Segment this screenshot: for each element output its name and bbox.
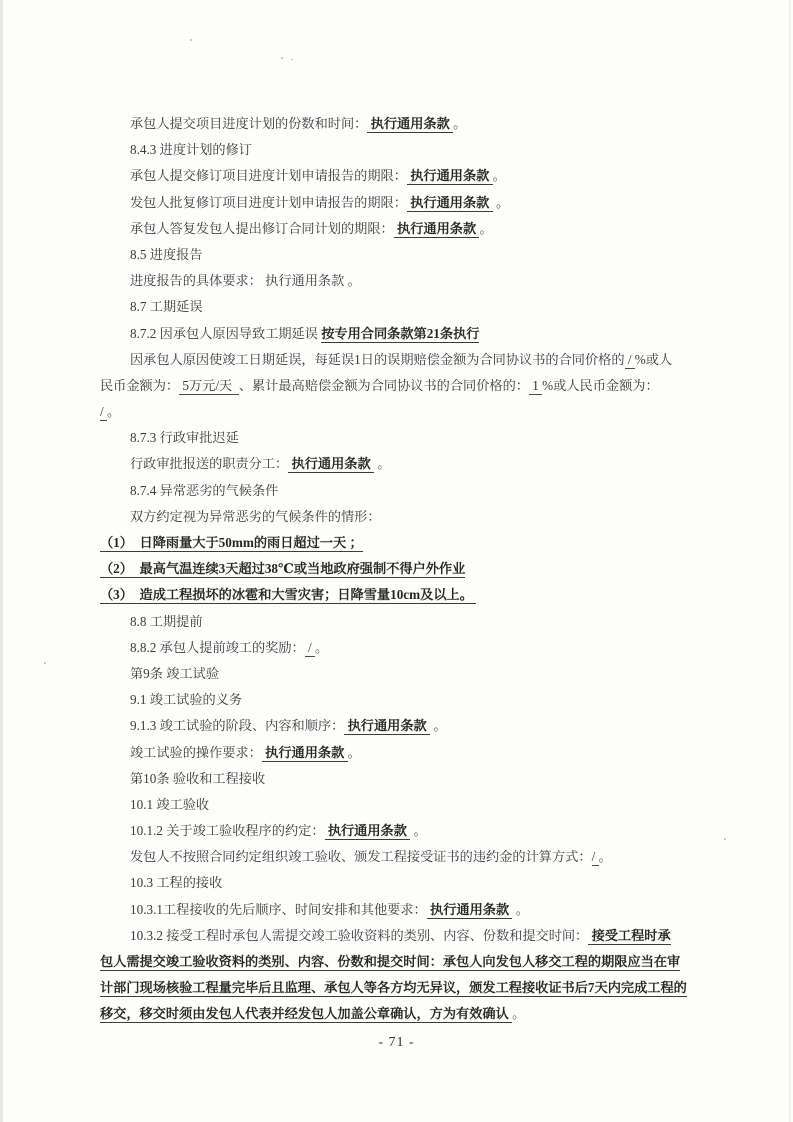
text-segment: 民币金额为：: [100, 378, 179, 393]
contract-line: 包人需提交竣工验收资料的类别、内容、份数和提交时间：承包人向发包人移交工程的期限…: [100, 949, 716, 975]
text-segment: %或人民币金额为：: [542, 378, 659, 393]
contract-line: 8.7.2 因承包人原因导致工期延误 按专用合同条款第21条执行: [100, 321, 716, 347]
text-segment: 。: [374, 456, 390, 471]
text-segment: 9.1.3 竣工试验的阶段、内容和顺序：: [130, 718, 344, 733]
contract-line: 发包人不按照合同约定组织竣工验收、颁发工程接受证书的违约金的计算方式：/ 。: [100, 844, 716, 870]
contract-line: 10.1 竣工验收: [100, 792, 716, 818]
text-segment: 10.1 竣工验收: [130, 797, 209, 812]
fill-in-value: （2） 最高气温连续3天超过38℃或当地政府强制不得户外作业: [100, 561, 465, 578]
text-segment: 8.4.3 进度计划的修订: [130, 142, 252, 157]
text-segment: 10.3.1工程接收的先后顺序、时间安排和其他要求：: [130, 902, 427, 917]
contract-line: 8.7.3 行政审批迟延: [100, 425, 716, 451]
contract-line: 发包人批复修订项目进度计划申请报告的期限： 执行通用条款 。: [100, 190, 716, 216]
text-segment: 。: [315, 640, 328, 655]
contract-line: 第10条 验收和工程接收: [100, 766, 716, 792]
fill-in-value: （3） 造成工程损坏的冰雹和大雪灾害；日降雪量10cm及以上。: [100, 587, 476, 604]
fill-in-value: 接受工程时承: [588, 928, 670, 945]
contract-line: 8.4.3 进度计划的修订: [100, 137, 716, 163]
scan-speck: [281, 57, 283, 59]
scan-edge-left: [0, 0, 3, 1122]
contract-line: 行政审批报送的职责分工： 执行通用条款 。: [100, 451, 716, 477]
text-segment: 承包人答复发包人提出修订合同计划的期限：: [130, 221, 394, 236]
contract-line: 10.3.2 接受工程时承包人需提交竣工验收资料的类别、内容、份数和提交时间： …: [100, 923, 716, 949]
contract-line: 9.1 竣工试验的义务: [100, 687, 716, 713]
page-number: - 71 -: [0, 1035, 793, 1051]
fill-in-value: /: [305, 640, 315, 657]
scan-speck: [724, 838, 726, 840]
fill-in-value: 1: [529, 378, 542, 395]
contract-line: 10.3 工程的接收: [100, 870, 716, 896]
text-segment: 。: [348, 745, 361, 760]
text-segment: 10.1.2 关于竣工验收程序的约定：: [130, 823, 325, 838]
fill-in-value: 包人需提交竣工验收资料的类别、内容、份数和提交时间：承包人向发包人移交工程的期限…: [100, 954, 680, 971]
fill-in-value: 执行通用条款: [407, 168, 493, 185]
scan-speck: [190, 39, 192, 41]
text-segment: 第9条 竣工试验: [130, 666, 219, 681]
contract-line: 双方约定视为异常恶劣的气候条件的情形：: [100, 504, 716, 530]
text-segment: 、累计最高赔偿金额为合同协议书的合同价格的：: [239, 378, 529, 393]
fill-in-value: /: [592, 849, 599, 866]
text-segment: 。: [512, 1006, 525, 1021]
contract-line: 8.5 进度报告: [100, 242, 716, 268]
fill-in-value: 按专用合同条款第21条执行: [321, 326, 479, 343]
text-segment: 9.1 竣工试验的义务: [130, 692, 242, 707]
contract-line: 计部门现场核验工程量完毕后且监理、承包人等各方均无异议，颁发工程接收证书后7天内…: [100, 975, 716, 1001]
text-segment: 。: [493, 168, 506, 183]
contract-line: 10.3.1工程接收的先后顺序、时间安排和其他要求： 执行通用条款 。: [100, 897, 716, 923]
fill-in-value: 执行通用条款: [427, 902, 513, 919]
text-segment: 10.3 工程的接收: [130, 875, 222, 890]
text-segment: 进度报告的具体要求： 执行通用条款 。: [130, 273, 361, 288]
text-segment: 双方约定视为异常恶劣的气候条件的情形：: [130, 509, 381, 524]
contract-line: 8.8.2 承包人提前竣工的奖励： / 。: [100, 635, 716, 661]
text-segment: 10.3.2 接受工程时承包人需提交竣工验收资料的类别、内容、份数和提交时间：: [130, 928, 588, 943]
text-segment: 承包人提交修订项目进度计划申请报告的期限：: [130, 168, 407, 183]
text-segment: 。: [512, 902, 528, 917]
fill-in-value: （1） 日降雨量大于50mm的雨日超过一天 ；: [100, 535, 363, 552]
text-segment: 8.7.4 异常恶劣的气候条件: [130, 483, 278, 498]
fill-in-value: /: [625, 352, 635, 369]
text-segment: 8.7 工期延误: [130, 299, 203, 314]
fill-in-value: 执行通用条款: [325, 823, 411, 840]
contract-page: 承包人提交项目进度计划的份数和时间： 执行通用条款 。8.4.3 进度计划的修订…: [0, 0, 793, 1122]
text-segment: 行政审批报送的职责分工：: [130, 456, 288, 471]
text-segment: 承包人提交项目进度计划的份数和时间：: [130, 116, 367, 131]
fill-in-value: 执行通用条款: [394, 221, 480, 238]
contract-line: （2） 最高气温连续3天超过38℃或当地政府强制不得户外作业: [100, 556, 716, 582]
contract-line: （3） 造成工程损坏的冰雹和大雪灾害；日降雪量10cm及以上。: [100, 582, 716, 608]
fill-in-value: 执行通用条款: [407, 195, 493, 212]
text-segment: 8.7.3 行政审批迟延: [130, 430, 239, 445]
contract-line: 第9条 竣工试验: [100, 661, 716, 687]
text-segment: 。: [430, 718, 446, 733]
text-segment: 。: [599, 849, 612, 864]
scan-speck: [291, 59, 293, 60]
fill-in-value: 执行通用条款: [262, 745, 348, 762]
scan-speck: [44, 662, 46, 664]
text-segment: 。: [410, 823, 426, 838]
text-segment: %或人: [635, 352, 672, 367]
text-segment: 竣工试验的操作要求：: [130, 745, 262, 760]
contract-line: 9.1.3 竣工试验的阶段、内容和顺序： 执行通用条款 。: [100, 713, 716, 739]
text-segment: 8.8 工期提前: [130, 614, 203, 629]
text-segment: 第10条 验收和工程接收: [130, 771, 265, 786]
text-segment: 。: [453, 116, 466, 131]
fill-in-value: 执行通用条款: [344, 718, 430, 735]
contract-line: 进度报告的具体要求： 执行通用条款 。: [100, 268, 716, 294]
fill-in-value: 计部门现场核验工程量完毕后且监理、承包人等各方均无异议，颁发工程接收证书后7天内…: [100, 980, 687, 997]
text-segment: 发包人批复修订项目进度计划申请报告的期限：: [130, 195, 407, 210]
fill-in-value: 移交，移交时须由发包人代表并经发包人加盖公章确认，方为有效确认: [100, 1006, 512, 1023]
contract-line: 承包人提交项目进度计划的份数和时间： 执行通用条款 。: [100, 111, 716, 137]
scan-edge-right: [789, 0, 791, 1122]
contract-line: 承包人提交修订项目进度计划申请报告的期限： 执行通用条款 。: [100, 163, 716, 189]
contract-lines: 承包人提交项目进度计划的份数和时间： 执行通用条款 。8.4.3 进度计划的修订…: [100, 111, 716, 1028]
text-segment: 8.7.2 因承包人原因导致工期延误: [130, 326, 321, 341]
text-segment: 。: [493, 195, 509, 210]
text-segment: 8.5 进度报告: [130, 247, 203, 262]
text-segment: 8.8.2 承包人提前竣工的奖励：: [130, 640, 305, 655]
contract-line: 竣工试验的操作要求： 执行通用条款 。: [100, 740, 716, 766]
text-segment: 发包人不按照合同约定组织竣工验收、颁发工程接受证书的违约金的计算方式：: [130, 849, 592, 864]
contract-line: 因承包人原因使竣工日期延误，每延误1日的误期赔偿金额为合同协议书的合同价格的 /…: [100, 347, 716, 373]
contract-line: 8.8 工期提前: [100, 609, 716, 635]
fill-in-value: 执行通用条款: [288, 456, 374, 473]
contract-line: 民币金额为： 5万元/天 、累计最高赔偿金额为合同协议书的合同价格的： 1 %或…: [100, 373, 716, 399]
text-segment: 因承包人原因使竣工日期延误，每延误1日的误期赔偿金额为合同协议书的合同价格的: [130, 352, 625, 367]
contract-line: 8.7.4 异常恶劣的气候条件: [100, 478, 716, 504]
fill-in-value: /: [100, 404, 107, 421]
fill-in-value: 执行通用条款: [367, 116, 453, 133]
contract-line: / 。: [100, 399, 716, 425]
contract-line: 承包人答复发包人提出修订合同计划的期限： 执行通用条款 。: [100, 216, 716, 242]
contract-line: （1） 日降雨量大于50mm的雨日超过一天 ；: [100, 530, 716, 556]
fill-in-value: 5万元/天: [179, 378, 239, 395]
contract-line: 8.7 工期延误: [100, 294, 716, 320]
text-segment: 。: [479, 221, 492, 236]
contract-line: 10.1.2 关于竣工验收程序的约定： 执行通用条款 。: [100, 818, 716, 844]
contract-line: 移交，移交时须由发包人代表并经发包人加盖公章确认，方为有效确认 。: [100, 1001, 716, 1027]
text-segment: 。: [107, 404, 120, 419]
